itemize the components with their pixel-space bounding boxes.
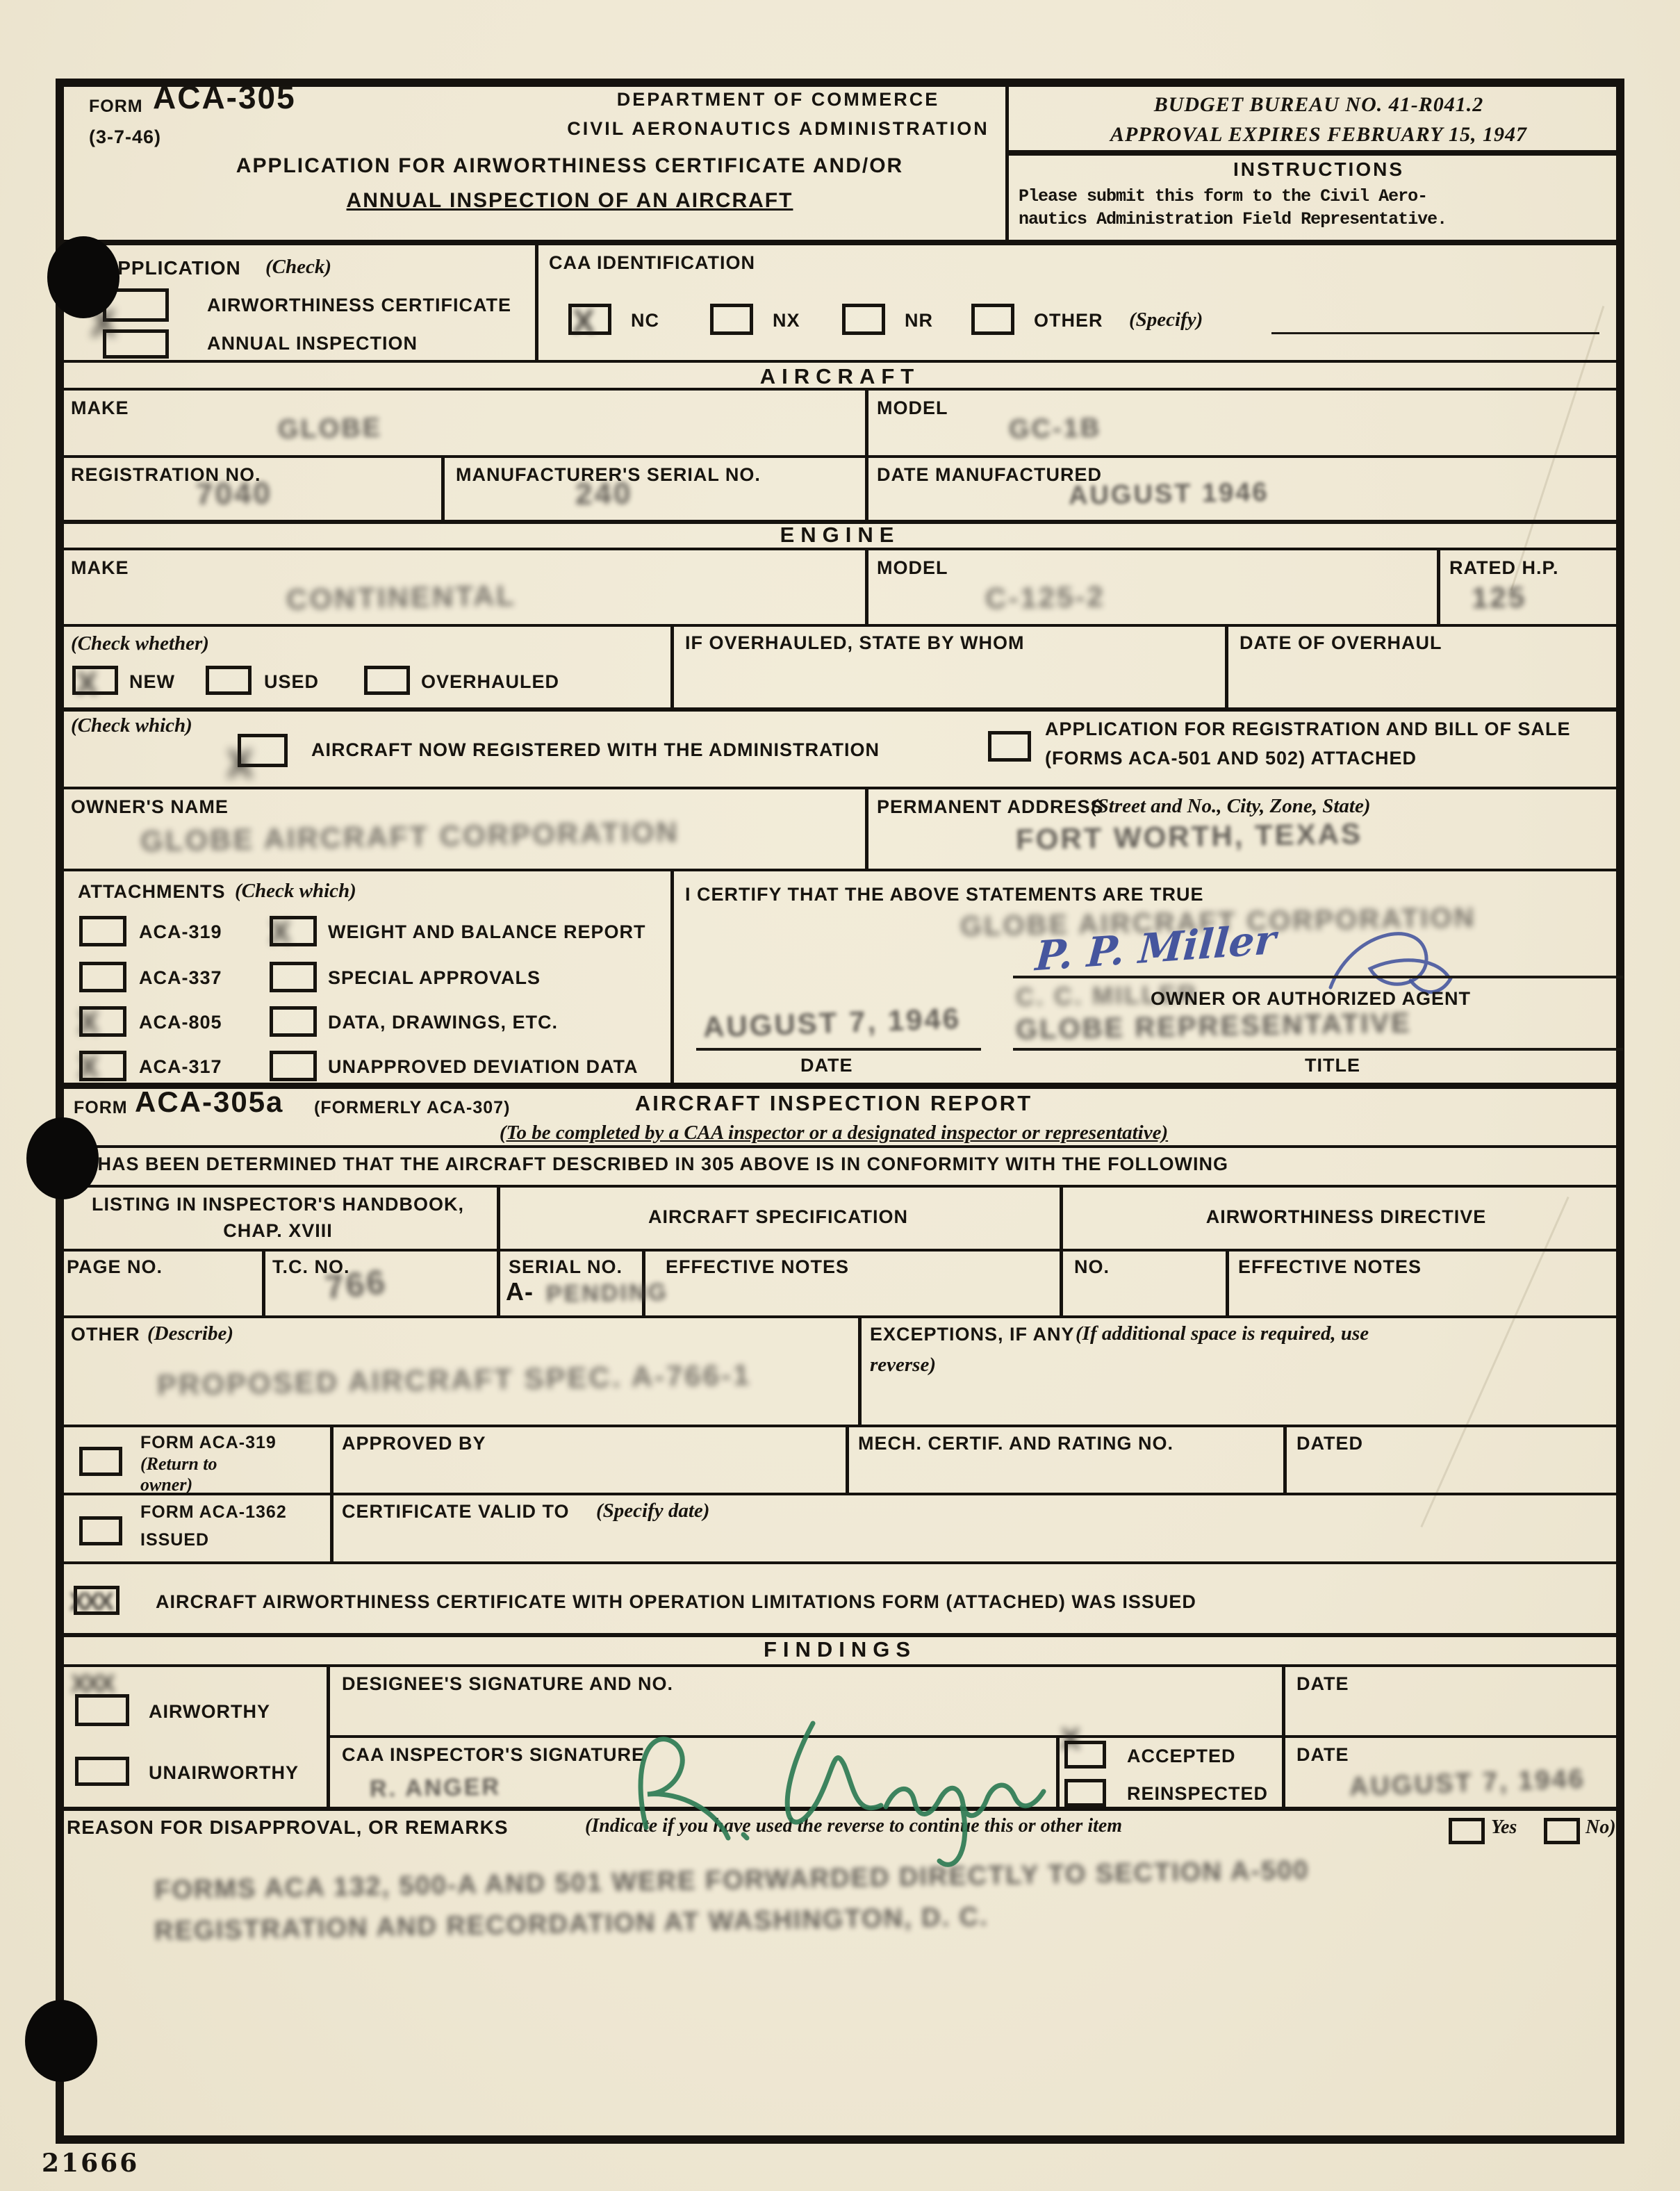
serial-no-label: SERIAL NO.	[509, 1256, 623, 1278]
divider	[865, 455, 868, 520]
registration-check-note: (Check which)	[71, 714, 192, 737]
special-approvals-label: SPECIAL APPROVALS	[328, 967, 541, 989]
instructions-title: INSTRUCTIONS	[1013, 158, 1624, 181]
attachments-check-note: (Check which)	[235, 880, 356, 903]
remarks-label: REASON FOR DISAPPROVAL, OR REMARKS	[67, 1816, 509, 1839]
checkbox-mark: X	[78, 1003, 99, 1041]
divider	[64, 707, 1624, 712]
aircraft-make-label: MAKE	[71, 397, 129, 419]
form-aca-1362-label: FORM ACA-1362	[140, 1502, 287, 1523]
exceptions-label: EXCEPTIONS, IF ANY	[870, 1324, 1075, 1345]
other-id-blank-line[interactable]	[1271, 332, 1599, 334]
certification-date-line[interactable]	[696, 1048, 981, 1051]
exceptions-note-line1: (If additional space is required, use	[1076, 1322, 1369, 1345]
unapproved-deviation-checkbox[interactable]	[270, 1051, 317, 1081]
checkbox-mark: X	[270, 913, 291, 951]
engine-make-label: MAKE	[71, 557, 129, 579]
divider	[64, 1664, 1624, 1667]
annual-inspection-label: ANNUAL INSPECTION	[207, 333, 418, 354]
permanent-address-label: PERMANENT ADDRESS	[877, 796, 1104, 818]
divider	[262, 1249, 265, 1315]
exceptions-note-line2: reverse)	[870, 1354, 936, 1377]
listing-header-line1: LISTING IN INSPECTOR'S HANDBOOK,	[63, 1194, 493, 1215]
rated-hp-label: RATED H.P.	[1449, 557, 1559, 579]
divider	[64, 455, 1624, 458]
divider	[1005, 87, 1009, 240]
divider	[1225, 624, 1228, 707]
application-label: APPLICATION	[103, 257, 241, 279]
hole-punch	[25, 2000, 97, 2082]
aircraft-spec-header: AIRCRAFT SPECIFICATION	[497, 1206, 1060, 1228]
data-drawings-checkbox[interactable]	[270, 1006, 317, 1037]
airworthy-label: AIRWORTHY	[149, 1701, 270, 1723]
budget-bureau-number: BUDGET BUREAU NO. 41-R041.2	[1013, 93, 1624, 117]
instructions-text-line2: nautics Administration Field Representat…	[1019, 209, 1447, 229]
certify-statement: I CERTIFY THAT THE ABOVE STATEMENTS ARE …	[685, 884, 1204, 905]
findings-section-title: FINDINGS	[56, 1637, 1624, 1662]
directive-no-label: NO.	[1074, 1256, 1110, 1278]
divider	[865, 787, 868, 869]
divider	[858, 1315, 862, 1425]
divider	[1283, 1425, 1287, 1493]
accepted-checkbox[interactable]	[1064, 1741, 1106, 1769]
checkbox-mark: X	[573, 303, 595, 341]
engine-model-label: MODEL	[877, 557, 948, 579]
certification-date-label: DATE	[800, 1055, 853, 1076]
weight-balance-label: WEIGHT AND BALANCE REPORT	[328, 921, 646, 943]
divider	[865, 548, 868, 624]
overhauled-by-whom-label: IF OVERHAULED, STATE BY WHOM	[685, 632, 1025, 654]
form-number: ACA-305	[153, 79, 296, 116]
divider	[1437, 548, 1440, 624]
divider	[64, 1425, 1624, 1427]
bill-of-sale-label-line1: APPLICATION FOR REGISTRATION AND BILL OF…	[1045, 719, 1571, 740]
divider	[330, 1425, 333, 1493]
agent-label: OWNER OR AUTHORIZED AGENT	[1151, 988, 1471, 1010]
engine-overhauled-checkbox[interactable]	[364, 666, 410, 695]
aca-319-label: ACA-319	[139, 921, 222, 943]
reverse-used-no-checkbox[interactable]	[1544, 1818, 1580, 1844]
serial-pending-value: PENDING	[546, 1279, 669, 1308]
airworthiness-directive-header: AIRWORTHINESS DIRECTIVE	[1060, 1206, 1633, 1228]
nr-checkbox[interactable]	[842, 304, 885, 335]
aircraft-model-label: MODEL	[877, 397, 948, 419]
form-title-line2: ANNUAL INSPECTION OF AN AIRCRAFT	[160, 189, 980, 213]
report-formerly-note: (FORMERLY ACA-307)	[314, 1098, 510, 1118]
plate-number: 21666	[42, 2149, 139, 2178]
divider	[64, 548, 1624, 550]
certification-title-label: TITLE	[1305, 1055, 1360, 1076]
approved-by-label: APPROVED BY	[342, 1433, 486, 1454]
divider	[1226, 1249, 1229, 1315]
tc-no-value: 766	[323, 1263, 388, 1307]
reinspected-label: REINSPECTED	[1127, 1783, 1268, 1805]
aca-319-checkbox[interactable]	[79, 916, 126, 946]
accepted-label: ACCEPTED	[1127, 1746, 1236, 1767]
hole-punch	[47, 236, 120, 318]
divider	[670, 869, 674, 1083]
reinspected-checkbox[interactable]	[1064, 1779, 1106, 1807]
rated-hp-value: 125	[1472, 580, 1527, 614]
divider	[64, 1249, 1624, 1252]
reverse-used-no-label: No)	[1586, 1816, 1616, 1839]
scanned-form-page: FORM ACA-305 (3-7-46) DEPARTMENT OF COMM…	[0, 0, 1680, 2191]
findings-date-label: DATE	[1296, 1744, 1349, 1766]
bill-of-sale-checkbox[interactable]	[988, 731, 1031, 762]
other-id-checkbox[interactable]	[971, 304, 1014, 335]
form-aca-1362-issued-label: ISSUED	[140, 1530, 209, 1550]
determination-statement: IT HAS BEEN DETERMINED THAT THE AIRCRAFT…	[74, 1154, 1228, 1175]
certification-title-line[interactable]	[1013, 1048, 1623, 1051]
caa-identification-label: CAA IDENTIFICATION	[549, 252, 755, 274]
inspector-signature[interactable]	[604, 1689, 1063, 1869]
divider	[535, 243, 538, 360]
divider	[64, 240, 1624, 245]
listing-header-line2: CHAP. XVIII	[63, 1220, 493, 1242]
instructions-text-line1: Please submit this form to the Civil Aer…	[1019, 186, 1427, 206]
dated-label: DATED	[1296, 1433, 1363, 1454]
date-of-overhaul-label: DATE OF OVERHAUL	[1240, 632, 1442, 654]
application-check-note: (Check)	[265, 256, 331, 279]
form-aca-319-label: FORM ACA-319	[140, 1433, 277, 1453]
page-no-label: PAGE NO.	[67, 1256, 163, 1278]
divider	[64, 869, 1624, 871]
checkbox-mark: X	[227, 741, 249, 787]
reverse-used-yes-checkbox[interactable]	[1449, 1818, 1485, 1844]
engine-section-title: ENGINE	[56, 523, 1624, 548]
report-form-number: ACA-305a	[135, 1085, 283, 1119]
divider	[1005, 150, 1624, 156]
divider	[64, 1185, 1624, 1188]
unapproved-deviation-label: UNAPPROVED DEVIATION DATA	[328, 1056, 639, 1078]
aca-317-label: ACA-317	[139, 1056, 222, 1078]
divider	[64, 360, 1624, 363]
manufacturer-serial-value: 240	[575, 476, 633, 511]
data-drawings-label: DATA, DRAWINGS, ETC.	[328, 1012, 558, 1033]
engine-overhauled-label: OVERHAULED	[421, 671, 559, 693]
checkbox-mark: XXX	[69, 1587, 111, 1616]
owner-signature-line[interactable]	[1013, 976, 1623, 978]
permanent-address-note: (Street and No., City, Zone, State)	[1091, 795, 1371, 818]
special-approvals-checkbox[interactable]	[270, 962, 317, 992]
hole-punch	[26, 1117, 99, 1199]
aca-337-checkbox[interactable]	[79, 962, 126, 992]
divider	[330, 1493, 333, 1561]
certificate-valid-to-note: (Specify date)	[596, 1500, 709, 1523]
form-aca-319-return-note2: owner)	[140, 1475, 192, 1495]
agency-name: CIVIL AERONAUTICS ADMINISTRATION	[556, 118, 1000, 140]
serial-prefix: A-	[506, 1277, 534, 1306]
directive-effective-notes-label: EFFECTIVE NOTES	[1238, 1256, 1422, 1278]
registered-label: AIRCRAFT NOW REGISTERED WITH THE ADMINIS…	[311, 739, 880, 761]
form-aca-319-return-note1: (Return to	[140, 1454, 217, 1475]
approval-expires: APPROVAL EXPIRES FEBRUARY 15, 1947	[1013, 123, 1624, 147]
inspector-name-stamp: R. ANGER	[370, 1773, 502, 1803]
divider	[64, 1145, 1624, 1148]
form-number-prefix: FORM	[89, 97, 143, 117]
mech-certif-label: MECH. CERTIF. AND RATING NO.	[858, 1433, 1173, 1454]
divider	[64, 1561, 1624, 1564]
department-name: DEPARTMENT OF COMMERCE	[556, 89, 1000, 110]
spec-effective-notes-label: EFFECTIVE NOTES	[666, 1256, 849, 1278]
engine-used-label: USED	[264, 671, 319, 693]
airworthiness-certificate-label: AIRWORTHINESS CERTIFICATE	[207, 295, 511, 316]
other-describe-label: OTHER	[71, 1324, 140, 1345]
bill-of-sale-label-line2: (FORMS ACA-501 AND 502) ATTACHED	[1045, 748, 1417, 769]
engine-model-value: C-125-2	[985, 580, 1106, 615]
engine-new-label: NEW	[129, 671, 175, 693]
divider	[441, 455, 445, 520]
divider	[64, 1083, 1624, 1089]
form-title-line1: APPLICATION FOR AIRWORTHINESS CERTIFICAT…	[160, 154, 980, 178]
form-aca-319-checkbox[interactable]	[79, 1447, 122, 1476]
report-title: AIRCRAFT INSPECTION REPORT	[486, 1091, 1181, 1116]
owner-name-label: OWNER'S NAME	[71, 796, 229, 818]
report-form-prefix: FORM	[74, 1098, 128, 1118]
annual-inspection-checkbox[interactable]	[103, 329, 169, 359]
aca-805-label: ACA-805	[139, 1012, 222, 1033]
form-aca-1362-checkbox[interactable]	[79, 1516, 122, 1545]
nx-checkbox[interactable]	[710, 304, 753, 335]
certificate-issued-label: AIRCRAFT AIRWORTHINESS CERTIFICATE WITH …	[156, 1591, 1196, 1613]
permanent-address-value: FORT WORTH, TEXAS	[1016, 817, 1363, 857]
aircraft-section-title: AIRCRAFT	[56, 364, 1624, 389]
nx-label: NX	[773, 310, 800, 331]
other-id-specify-note: (Specify)	[1129, 309, 1203, 331]
designee-date-label: DATE	[1296, 1673, 1349, 1695]
attachments-label: ATTACHMENTS	[78, 881, 225, 903]
engine-make-value: CONTINENTAL	[286, 579, 517, 616]
divider	[64, 624, 1624, 627]
divider	[64, 1315, 1624, 1318]
registration-no-value: 7040	[196, 476, 273, 512]
caa-inspector-signature-label: CAA INSPECTOR'S SIGNATURE	[342, 1744, 645, 1766]
engine-check-note: (Check whether)	[71, 632, 209, 655]
divider	[670, 624, 674, 707]
divider	[64, 1493, 1624, 1495]
date-manufactured-value: AUGUST 1946	[1069, 477, 1269, 511]
report-subtitle: (To be completed by a CAA inspector or a…	[264, 1122, 1403, 1144]
checkbox-mark: X	[76, 664, 98, 702]
divider	[865, 388, 868, 455]
other-describe-note: (Describe)	[147, 1322, 233, 1345]
unairworthy-checkbox[interactable]	[75, 1757, 129, 1786]
aca-337-label: ACA-337	[139, 967, 222, 989]
aircraft-make-value: GLOBE	[278, 413, 383, 445]
airworthy-checkbox[interactable]	[75, 1694, 129, 1726]
other-id-label: OTHER	[1034, 310, 1103, 331]
form-revision-date: (3-7-46)	[89, 126, 161, 148]
unairworthy-label: UNAIRWORTHY	[149, 1762, 299, 1784]
engine-used-checkbox[interactable]	[206, 666, 252, 695]
checkbox-mark: X	[78, 1048, 99, 1085]
nc-label: NC	[631, 310, 659, 331]
reverse-used-yes-label: Yes	[1491, 1816, 1517, 1839]
nr-label: NR	[905, 310, 933, 331]
aircraft-model-value: GC-1B	[1009, 413, 1102, 445]
divider	[846, 1425, 849, 1493]
certificate-valid-to-label: CERTIFICATE VALID TO	[342, 1501, 570, 1523]
divider	[64, 787, 1624, 789]
